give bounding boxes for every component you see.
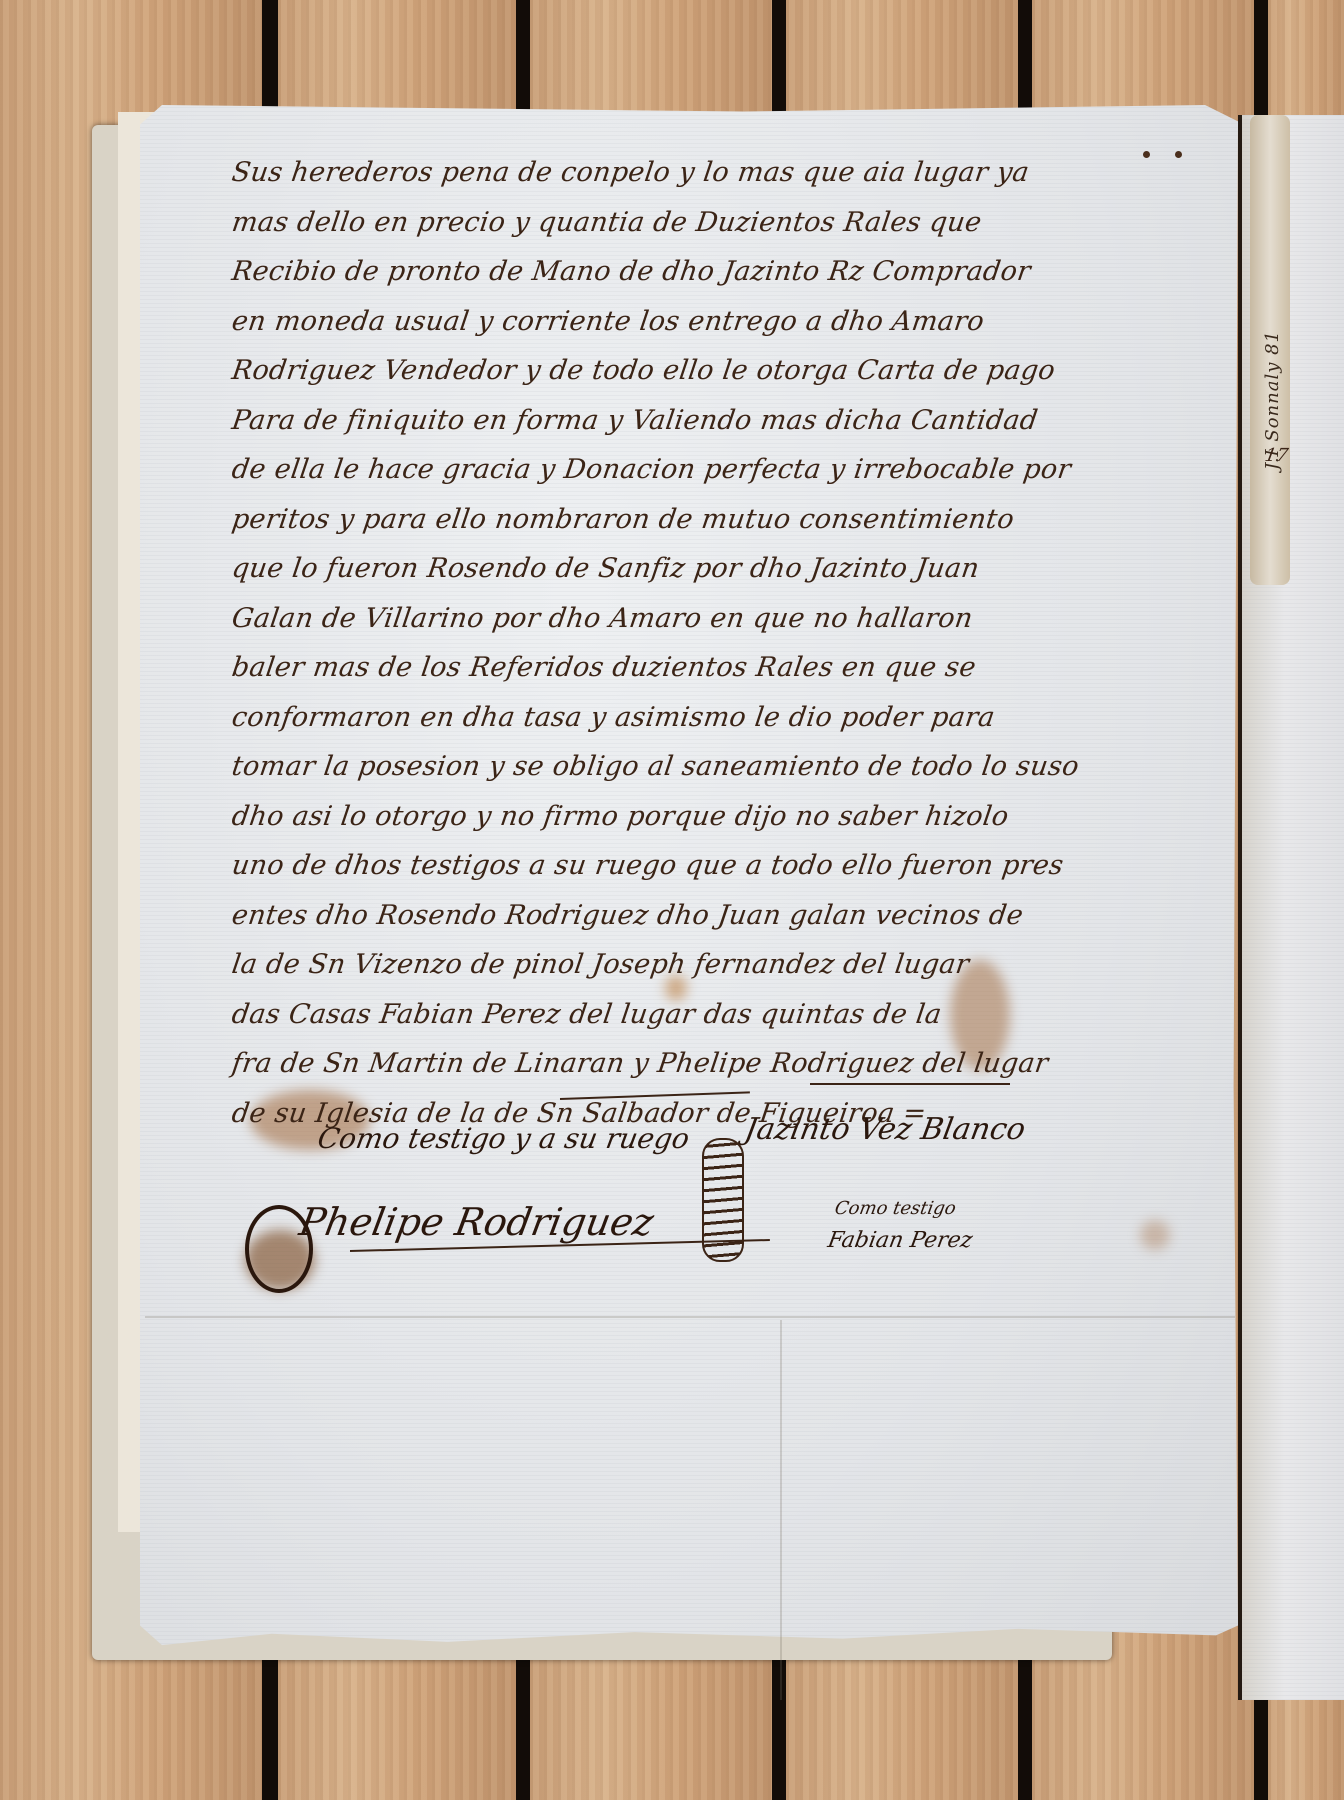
signature-rule: [810, 1083, 1010, 1085]
text-line: entes dho Rosendo Rodriguez dho Juan gal…: [229, 891, 1116, 941]
ink-dot: [1175, 151, 1182, 158]
manuscript-body: Sus herederos pena de conpelo y lo mas q…: [232, 148, 1112, 1138]
text-line: uno de dhos testigos a su ruego que a to…: [229, 841, 1116, 891]
page-mark: 17: [1263, 445, 1290, 466]
spine-label: J.I Sonnaly 81: [1262, 170, 1282, 470]
text-line: baler mas de los Referidos duzientos Ral…: [229, 643, 1116, 693]
foxing-stain: [1140, 1220, 1170, 1250]
text-line: de ella le hace gracia y Donacion perfec…: [229, 445, 1116, 495]
text-line: Sus herederos pena de conpelo y lo mas q…: [229, 148, 1116, 198]
text-line: conformaron en dha tasa y asimismo le di…: [229, 693, 1116, 743]
text-line: das Casas Fabian Perez del lugar das qui…: [229, 990, 1116, 1040]
witness-2-note: Como testigo: [833, 1198, 957, 1219]
text-line: Para de finiquito en forma y Valiendo ma…: [229, 396, 1116, 446]
text-line: Galan de Villarino por dho Amaro en que …: [229, 594, 1116, 644]
text-line: tomar la posesion y se obligo al saneami…: [229, 742, 1116, 792]
witness-1-signature: Phelipe Rodriguez: [296, 1200, 657, 1244]
fold-crease: [145, 1316, 1235, 1318]
text-line: Recibio de pronto de Mano de dho Jazinto…: [229, 247, 1116, 297]
witness-note-signature: Como testigo y a su ruego: [315, 1122, 692, 1155]
text-line: peritos y para ello nombraron de mutuo c…: [229, 495, 1116, 545]
text-line: dho asi lo otorgo y no firmo porque dijo…: [229, 792, 1116, 842]
text-line: mas dello en precio y quantia de Duzient…: [229, 198, 1116, 248]
fold-crease: [780, 1320, 782, 1700]
large-initial-flourish: [245, 1205, 313, 1293]
ink-dot: [1143, 151, 1150, 158]
text-line: fra de Sn Martin de Linaran y Phelipe Ro…: [229, 1039, 1116, 1089]
text-line: en moneda usual y corriente los entrego …: [229, 297, 1116, 347]
text-line: Rodriguez Vendedor y de todo ello le oto…: [229, 346, 1116, 396]
witness-2-signature: Fabian Perez: [826, 1228, 975, 1253]
notary-rubric-flourish: [702, 1138, 744, 1262]
text-line: que lo fueron Rosendo de Sanfiz por dho …: [229, 544, 1116, 594]
text-line: la de Sn Vizenzo de pinol Joseph fernand…: [229, 940, 1116, 990]
scribe-signature: Jazinto Vez Blanco: [742, 1112, 1028, 1147]
